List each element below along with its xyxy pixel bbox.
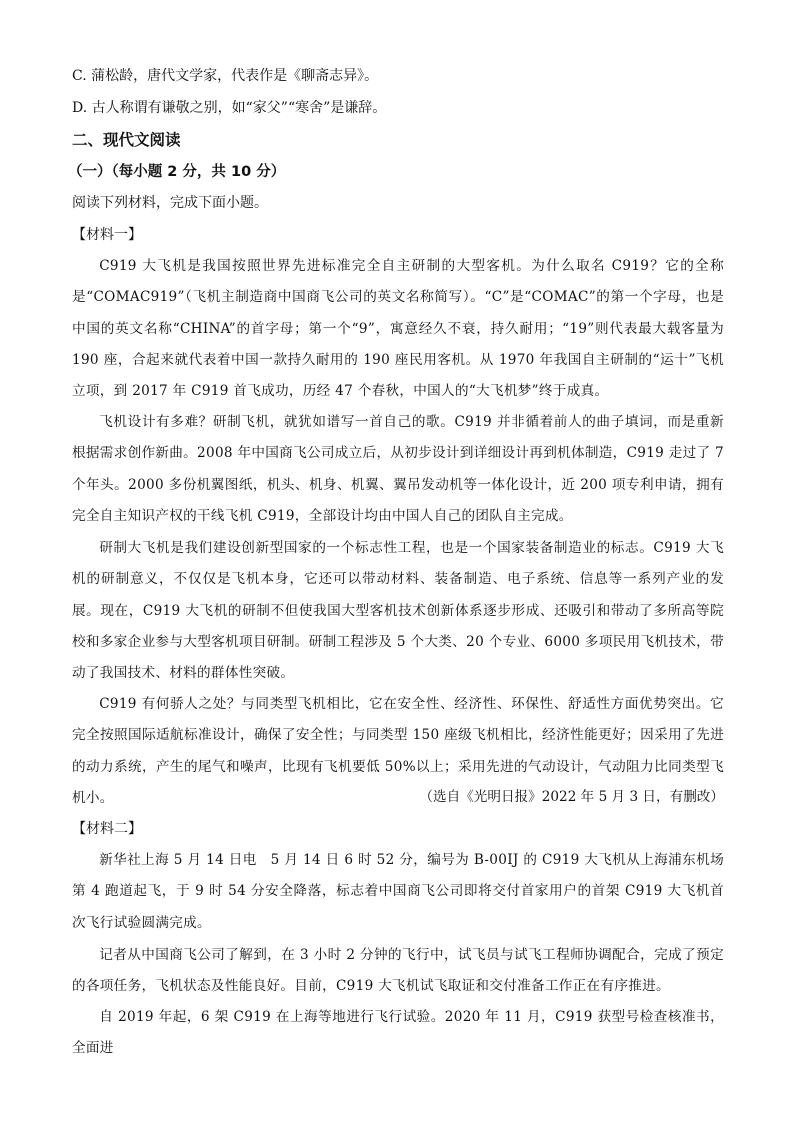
material1-paragraph: 飞机设计有多难？研制飞机，就犹如谱写一首自己的歌。C919 并非循着前人的曲子填… <box>72 407 724 532</box>
material1-label: 【材料一】 <box>72 225 142 245</box>
material2-paragraph: 自 2019 年起，6 架 C919 在上海等地进行飞行试验。2020 年 11… <box>72 1002 724 1065</box>
material2-paragraph: 记者从中国商飞公司了解到，在 3 小时 2 分钟的飞行中，试飞员与试飞工程师协调… <box>72 940 724 1003</box>
material1-paragraph: C919 大飞机是我国按照世界先进标准完全自主研制的大型客机。为什么取名 C91… <box>72 251 724 407</box>
instruction: 阅读下列材料，完成下面小题。 <box>72 193 268 213</box>
section-title: 二、现代文阅读 <box>72 130 181 150</box>
option-c: C. 蒲松龄，唐代文学家，代表作是《聊斋志异》。 <box>72 66 378 86</box>
option-d: D. 古人称谓有谦敬之别，如“家父”“寒舍”是谦辞。 <box>72 98 386 118</box>
material2-paragraph: 新华社上海 5 月 14 日电 5 月 14 日 6 时 52 分，编号为 B-… <box>72 845 724 939</box>
material1-source: （选自《光明日报》2022 年 5 月 3 日，有删改） <box>419 787 724 807</box>
section-subtitle: （一）（每小题 2 分，共 10 分） <box>68 162 285 182</box>
material1-paragraph: 研制大飞机是我们建设创新型国家的一个标志性工程，也是一个国家装备制造业的标志。C… <box>72 533 724 689</box>
material2-label: 【材料二】 <box>72 819 142 839</box>
